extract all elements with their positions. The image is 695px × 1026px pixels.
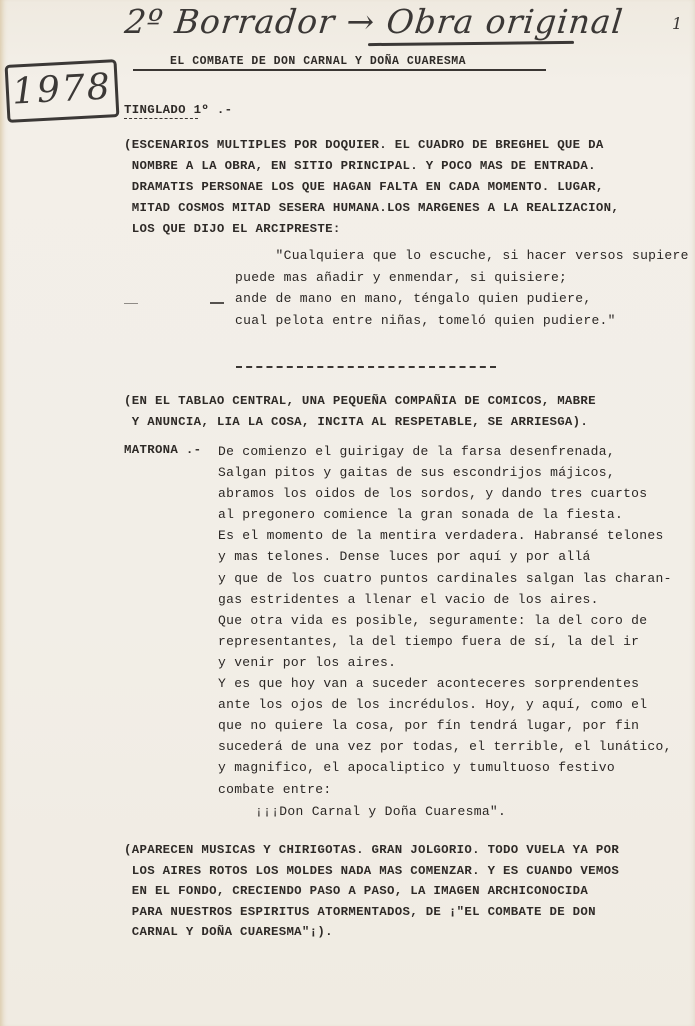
text-line: gas estridentes a llenar el vacio de los… xyxy=(218,589,672,610)
text-line: EN EL FONDO, CRECIENDO PASO A PASO, LA I… xyxy=(124,881,619,902)
text-line: puede mas añadir y enmendar, si quisiere… xyxy=(235,267,689,289)
text-line: representantes, la del tiempo fuera de s… xyxy=(218,631,672,652)
margin-mark xyxy=(210,302,224,304)
stage-direction-2: (EN EL TABLAO CENTRAL, UNA PEQUEÑA COMPA… xyxy=(124,391,596,433)
text-line: Que otra vida es posible, seguramente: l… xyxy=(218,610,672,631)
speech-final-line: ¡¡¡Don Carnal y Doña Cuaresma". xyxy=(255,802,506,821)
text-line: Y es que hoy van a suceder aconteceres s… xyxy=(218,673,672,694)
text-line: "Cualquiera que lo escuche, si hacer ver… xyxy=(235,245,689,267)
title-underline xyxy=(133,69,546,71)
text-line: NOMBRE A LA OBRA, EN SITIO PRINCIPAL. Y … xyxy=(124,156,619,177)
text-line: al pregonero comience la gran sonada de … xyxy=(218,504,672,525)
text-line: Es el momento de la mentira verdadera. H… xyxy=(218,525,672,546)
section-divider xyxy=(236,366,496,368)
text-line: que no quiere la cosa, por fín tendrá lu… xyxy=(218,715,672,736)
text-line: y magnifico, el apocaliptico y tumultuos… xyxy=(218,757,672,778)
year-label: 1978 xyxy=(8,66,116,112)
text-line: Salgan pitos y gaitas de sus escondrijos… xyxy=(218,462,672,483)
text-line: ande de mano en mano, téngalo quien pudi… xyxy=(235,288,689,310)
text-line: y venir por los aires. xyxy=(218,652,672,673)
speech-text: De comienzo el guirigay de la farsa dese… xyxy=(218,441,672,800)
speaker-name: MATRONA .- xyxy=(124,441,201,460)
margin-mark xyxy=(124,303,138,304)
text-line: Y ANUNCIA, LIA LA COSA, INCITA AL RESPET… xyxy=(124,412,596,433)
text-line: (ESCENARIOS MULTIPLES POR DOQUIER. EL CU… xyxy=(124,135,619,156)
text-line: CARNAL Y DOÑA CUARESMA"¡). xyxy=(124,922,619,943)
stage-direction-3: (APARECEN MUSICAS Y CHIRIGOTAS. GRAN JOL… xyxy=(124,840,619,943)
text-line: MITAD COSMOS MITAD SESERA HUMANA.LOS MAR… xyxy=(124,198,619,219)
page-number: 1 xyxy=(672,14,682,33)
text-line: y mas telones. Dense luces por aquí y po… xyxy=(218,546,672,567)
text-line: ante los ojos de los incrédulos. Hoy, y … xyxy=(218,694,672,715)
handwritten-underline xyxy=(368,41,574,46)
text-line: LOS AIRES ROTOS LOS MOLDES NADA MAS COME… xyxy=(124,861,619,882)
text-line: DRAMATIS PERSONAE LOS QUE HAGAN FALTA EN… xyxy=(124,177,619,198)
handwritten-header: 2º Borrador → Obra original xyxy=(123,2,625,41)
text-line: LOS QUE DIJO EL ARCIPRESTE: xyxy=(124,219,619,240)
text-line: cual pelota entre niñas, tomeló quien pu… xyxy=(235,310,689,332)
document-page: 2º Borrador → Obra original 1 1978 EL CO… xyxy=(0,0,695,1026)
text-line: (APARECEN MUSICAS Y CHIRIGOTAS. GRAN JOL… xyxy=(124,840,619,861)
section-underline xyxy=(124,118,198,119)
text-line: PARA NUESTROS ESPIRITUS ATORMENTADOS, DE… xyxy=(124,902,619,923)
text-line: sucederá de una vez por todas, el terrib… xyxy=(218,736,672,757)
text-line: y que de los cuatro puntos cardinales sa… xyxy=(218,568,672,589)
stage-direction-1: (ESCENARIOS MULTIPLES POR DOQUIER. EL CU… xyxy=(124,135,619,240)
text-line: abramos los oidos de los sordos, y dando… xyxy=(218,483,672,504)
text-line: De comienzo el guirigay de la farsa dese… xyxy=(218,441,672,462)
text-line: (EN EL TABLAO CENTRAL, UNA PEQUEÑA COMPA… xyxy=(124,391,596,412)
arcipreste-quote: "Cualquiera que lo escuche, si hacer ver… xyxy=(235,245,689,331)
text-line: combate entre: xyxy=(218,779,672,800)
year-box: 1978 xyxy=(5,59,120,123)
